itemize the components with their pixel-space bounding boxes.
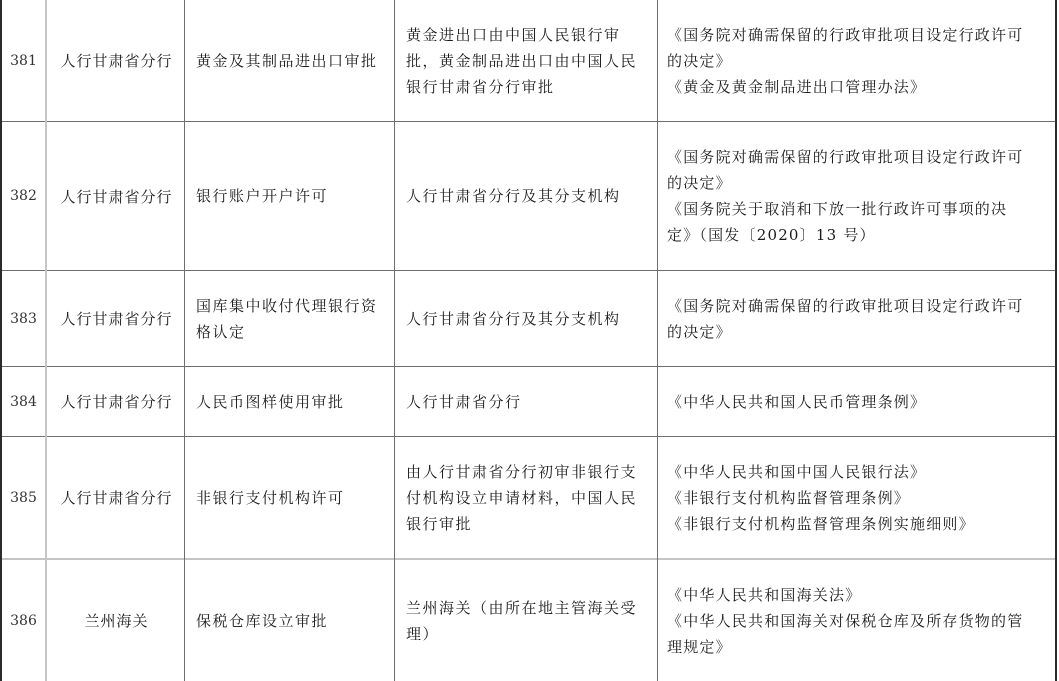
implementing-org: 人行甘肃省分行	[396, 367, 659, 436]
basis-line: 的决定》	[667, 319, 1023, 345]
basis-line: 《非银行支付机构监督管理条例实施细则》	[667, 511, 975, 537]
column-divider	[657, 0, 658, 681]
legal-basis: 《中华人民共和国海关法》 《中华人民共和国海关对保税仓库及所存货物的管 理规定》	[659, 560, 1055, 681]
table-row: 386 兰州海关 保税仓库设立审批 兰州海关（由所在地主管海关受理） 《中华人民…	[2, 560, 1055, 681]
department: 兰州海关	[47, 560, 186, 681]
department: 人行甘肃省分行	[47, 367, 186, 436]
basis-line: 理规定》	[667, 634, 1023, 660]
implementing-org: 由人行甘肃省分行初审非银行支付机构设立申请材料，中国人民银行审批	[396, 437, 659, 558]
implementing-org: 黄金进出口由中国人民银行审批，黄金制品进出口由中国人民银行甘肃省分行审批	[396, 0, 659, 121]
legal-basis: 《国务院对确需保留的行政审批项目设定行政许可 的决定》	[659, 271, 1055, 366]
basis-line: 的决定》	[667, 48, 1023, 74]
row-number: 385	[2, 437, 45, 558]
legal-basis: 《国务院对确需保留的行政审批项目设定行政许可 的决定》 《国务院关于取消和下放一…	[659, 122, 1055, 270]
basis-line: 《中华人民共和国海关法》	[667, 582, 1023, 608]
department: 人行甘肃省分行	[47, 437, 186, 558]
implementing-org: 人行甘肃省分行及其分支机构	[396, 122, 659, 270]
row-number: 384	[2, 367, 45, 436]
row-number: 386	[2, 560, 45, 681]
row-number: 383	[2, 271, 45, 366]
implementing-org: 人行甘肃省分行及其分支机构	[396, 271, 659, 366]
table-left-border	[0, 0, 2, 681]
basis-line: 《国务院对确需保留的行政审批项目设定行政许可	[667, 22, 1023, 48]
basis-line: 《中华人民共和国人民币管理条例》	[667, 389, 926, 415]
item-name: 银行账户开户许可	[186, 122, 396, 270]
legal-basis: 《国务院对确需保留的行政审批项目设定行政许可 的决定》 《黄金及黄金制品进出口管…	[659, 0, 1055, 121]
column-divider	[184, 0, 185, 681]
basis-line: 《黄金及黄金制品进出口管理办法》	[667, 74, 1023, 100]
basis-line: 《国务院对确需保留的行政审批项目设定行政许可	[667, 144, 1023, 170]
basis-line: 定》（国发〔2020〕13 号）	[667, 222, 1023, 248]
basis-line: 《中华人民共和国中国人民银行法》	[667, 459, 975, 485]
legal-basis: 《中华人民共和国人民币管理条例》	[659, 367, 1055, 436]
table-row: 384 人行甘肃省分行 人民币图样使用审批 人行甘肃省分行 《中华人民共和国人民…	[2, 367, 1055, 436]
column-divider	[45, 0, 47, 681]
row-number: 382	[2, 122, 45, 270]
item-name: 人民币图样使用审批	[186, 367, 396, 436]
item-name: 国库集中收付代理银行资格认定	[186, 271, 396, 366]
basis-line: 《国务院关于取消和下放一批行政许可事项的决	[667, 196, 1023, 222]
table-row: 382 人行甘肃省分行 银行账户开户许可 人行甘肃省分行及其分支机构 《国务院对…	[2, 122, 1055, 270]
column-divider	[394, 0, 395, 681]
table-row: 383 人行甘肃省分行 国库集中收付代理银行资格认定 人行甘肃省分行及其分支机构…	[2, 271, 1055, 366]
basis-line: 的决定》	[667, 170, 1023, 196]
department: 人行甘肃省分行	[47, 271, 186, 366]
table-right-border	[1055, 0, 1057, 681]
item-name: 非银行支付机构许可	[186, 437, 396, 558]
table-row: 381 人行甘肃省分行 黄金及其制品进出口审批 黄金进出口由中国人民银行审批，黄…	[2, 0, 1055, 121]
basis-line: 《非银行支付机构监督管理条例》	[667, 485, 975, 511]
row-number: 381	[2, 0, 45, 121]
table-row: 385 人行甘肃省分行 非银行支付机构许可 由人行甘肃省分行初审非银行支付机构设…	[2, 437, 1055, 558]
item-name: 保税仓库设立审批	[186, 560, 396, 681]
basis-line: 《中华人民共和国海关对保税仓库及所存货物的管	[667, 608, 1023, 634]
item-name: 黄金及其制品进出口审批	[186, 0, 396, 121]
basis-line: 《国务院对确需保留的行政审批项目设定行政许可	[667, 293, 1023, 319]
document-page: 381 人行甘肃省分行 黄金及其制品进出口审批 黄金进出口由中国人民银行审批，黄…	[0, 0, 1059, 681]
legal-basis: 《中华人民共和国中国人民银行法》 《非银行支付机构监督管理条例》 《非银行支付机…	[659, 437, 1055, 558]
implementing-org: 兰州海关（由所在地主管海关受理）	[396, 560, 659, 681]
department: 人行甘肃省分行	[47, 0, 186, 121]
department: 人行甘肃省分行	[47, 122, 186, 270]
